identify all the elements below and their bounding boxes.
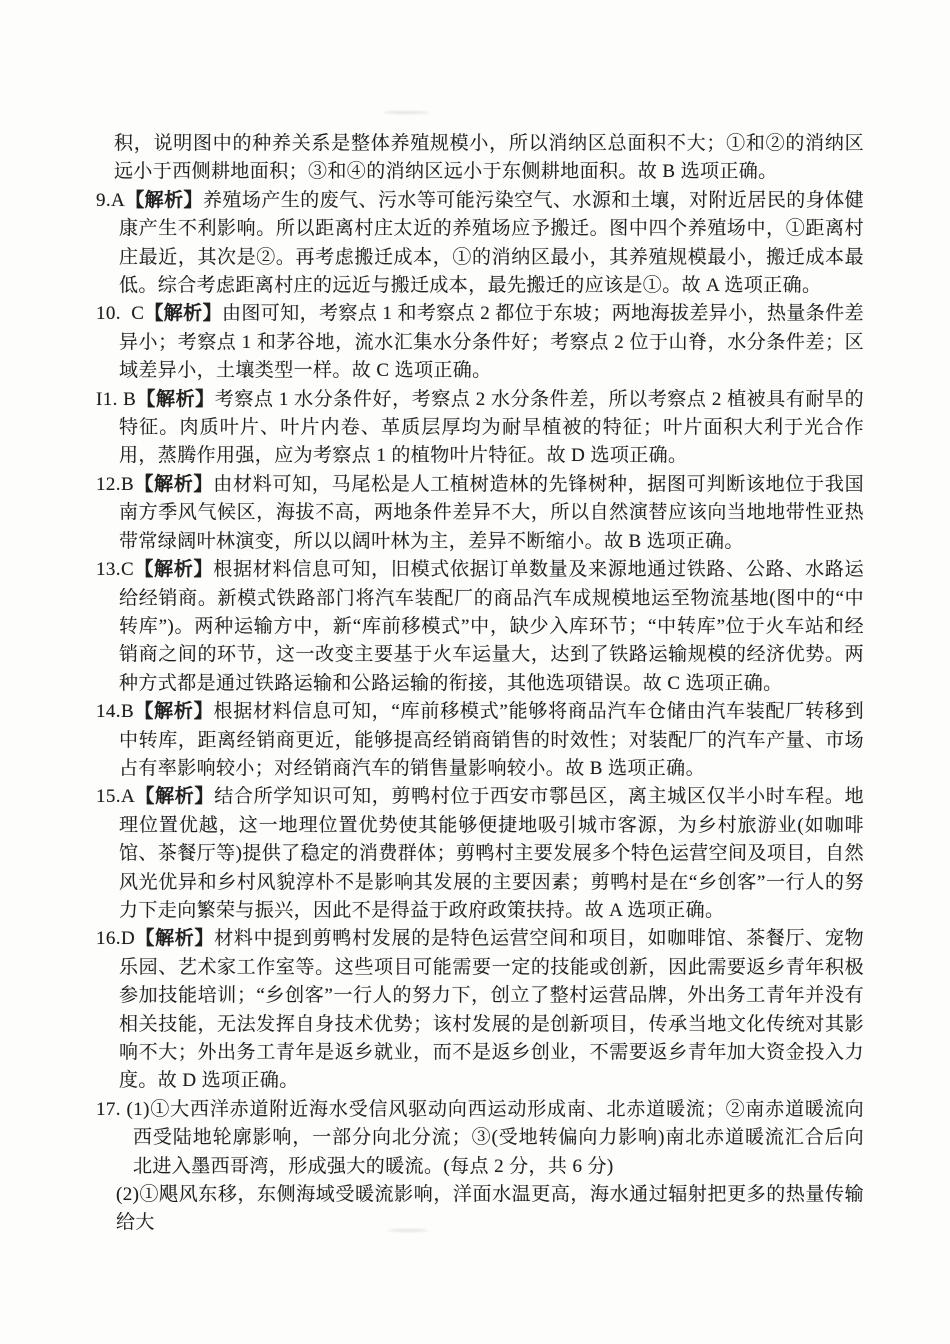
answer-item-body: 根据材料信息可知，“库前移模式”能够将商品汽车仓储由汽车装配厂转移到中转库，距离…	[119, 701, 864, 779]
answer-item-marker: (2)	[116, 1184, 139, 1205]
answer-item-17-part2: (2)①飓风东移，东侧海域受暖流影响，洋面水温更高，海水通过辐射把更多的热量传输…	[96, 1181, 864, 1238]
answer-item-13: 13.C【解析】根据材料信息可知，旧模式依据订单数量及来源地通过铁路、公路、水路…	[96, 556, 864, 698]
answer-item-marker: 12.B	[96, 474, 134, 495]
answer-item-15: 15.A【解析】结合所学知识可知，剪鸭村位于西安市鄠邑区，离主城区仅半小时车程。…	[96, 783, 864, 925]
analysis-tag: 【解析】	[144, 303, 222, 324]
answer-item-body: 考察点 1 水分条件好，考察点 2 水分条件差，所以考察点 2 植被具有耐旱的特…	[119, 389, 864, 467]
answer-item-17-part1: 17. (1)①大西洋赤道附近海水受信风驱动向西运动形成南、北赤道暖流；②南赤道…	[96, 1096, 864, 1181]
answer-item-marker: 13.C	[96, 559, 134, 580]
answer-item-marker: 9.A	[96, 190, 125, 211]
analysis-tag: 【解析】	[125, 190, 203, 211]
answer-item-body: 根据材料信息可知，旧模式依据订单数量及来源地通过铁路、公路、水路运给经销商。新模…	[119, 559, 864, 694]
answer-item-marker: 16.D	[96, 928, 135, 949]
analysis-tag: 【解析】	[134, 559, 213, 580]
answer-item-body: ①飓风东移，东侧海域受暖流影响，洋面水温更高，海水通过辐射把更多的热量传输给大	[116, 1184, 864, 1233]
scanned-answer-page: 积，说明图中的种养关系是整体养殖规模小，所以消纳区总面积不大；①和②的消纳区远小…	[0, 0, 950, 1344]
answer-key-text-block: 积，说明图中的种养关系是整体养殖规模小，所以消纳区总面积不大；①和②的消纳区远小…	[96, 130, 864, 1238]
analysis-tag: 【解析】	[134, 474, 213, 495]
answer-item-marker: I1. B	[96, 389, 136, 410]
analysis-tag: 【解析】	[134, 701, 213, 722]
answer-item-12: 12.B【解析】由材料可知，马尾松是人工植树造林的先锋树种，据图可判断该地位于我…	[96, 471, 864, 556]
answer-item-body: 由材料可知，马尾松是人工植树造林的先锋树种，据图可判断该地位于我国南方季风气候区…	[119, 474, 864, 552]
analysis-tag: 【解析】	[136, 389, 215, 410]
answer-item-body: 材料中提到剪鸭村发展的是特色运营空间和项目，如咖啡馆、茶餐厅、宠物乐园、艺术家工…	[119, 928, 864, 1091]
answer-item-marker: 15.A	[96, 786, 135, 807]
answer-item-11: I1. B【解析】考察点 1 水分条件好，考察点 2 水分条件差，所以考察点 2…	[96, 386, 864, 471]
scan-artifact	[383, 111, 429, 114]
answer-item-16: 16.D【解析】材料中提到剪鸭村发展的是特色运营空间和项目，如咖啡馆、茶餐厅、宠…	[96, 925, 864, 1095]
answer-item-body: 养殖场产生的废气、污水等可能污染空气、水源和土壤，对附近居民的身体健康产生不利影…	[119, 190, 864, 296]
analysis-tag: 【解析】	[135, 786, 214, 807]
answer-item-marker: 14.B	[96, 701, 134, 722]
analysis-tag: 【解析】	[135, 928, 214, 949]
answer-item-8-continuation: 积，说明图中的种养关系是整体养殖规模小，所以消纳区总面积不大；①和②的消纳区远小…	[96, 130, 864, 187]
answer-item-9: 9.A【解析】养殖场产生的废气、污水等可能污染空气、水源和土壤，对附近居民的身体…	[96, 187, 864, 301]
answer-item-body: 积，说明图中的种养关系是整体养殖规模小，所以消纳区总面积不大；①和②的消纳区远小…	[114, 133, 864, 182]
answer-item-14: 14.B【解析】根据材料信息可知，“库前移模式”能够将商品汽车仓储由汽车装配厂转…	[96, 698, 864, 783]
answer-item-body: 结合所学知识可知，剪鸭村位于西安市鄠邑区，离主城区仅半小时车程。地理位置优越，这…	[119, 786, 864, 921]
answer-item-10: 10. C【解析】由图可知，考察点 1 和考察点 2 都位于东坡；两地海拔差异小…	[96, 300, 864, 385]
answer-item-marker: 17.	[96, 1099, 127, 1120]
answer-item-body: 由图可知，考察点 1 和考察点 2 都位于东坡；两地海拔差异小，热量条件差异小；…	[119, 303, 864, 381]
answer-item-marker: 10. C	[96, 303, 144, 324]
answer-item-body: (1)①大西洋赤道附近海水受信风驱动向西运动形成南、北赤道暖流；②南赤道暖流向西…	[127, 1099, 864, 1177]
